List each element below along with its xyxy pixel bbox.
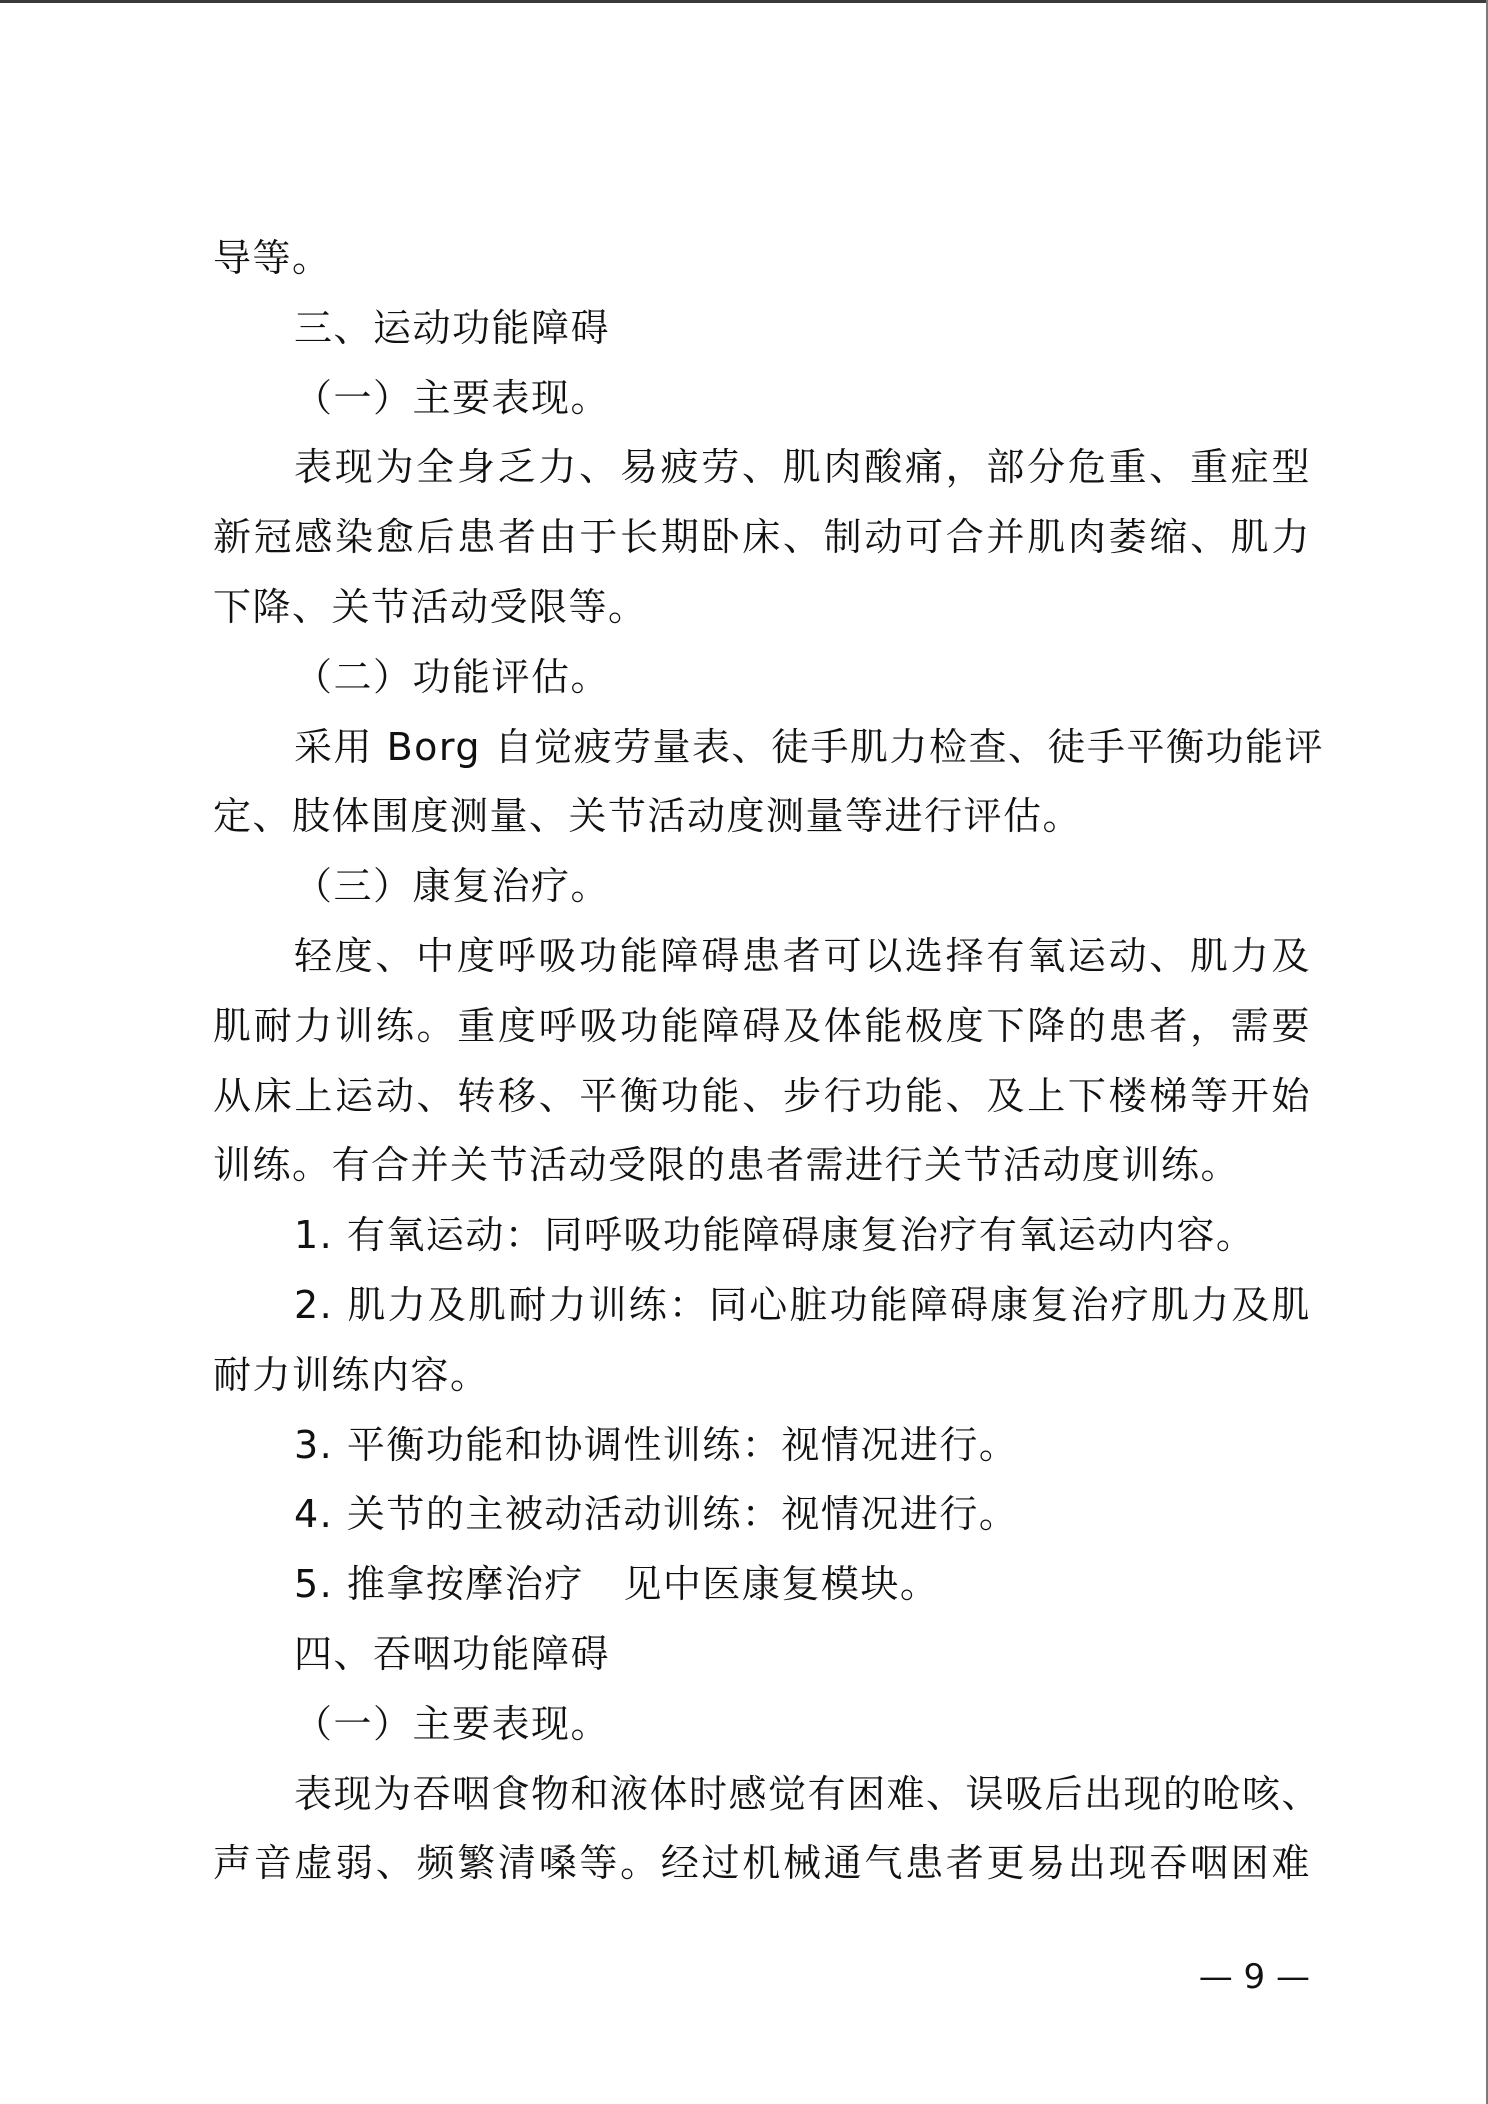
subheading-rehab-treatment: （三）康复治疗。 [213, 852, 1311, 922]
paragraph-line: 训练。有合并关节活动受限的患者需进行关节活动度训练。 [213, 1131, 1311, 1201]
text-line-continuation: 导等。 [213, 224, 1311, 294]
paragraph-line: 肌耐力训练。重度呼吸功能障碍及体能极度下降的患者，需要 [213, 992, 1311, 1062]
paragraph-line: 采用 Borg 自觉疲劳量表、徒手肌力检查、徒手平衡功能评 [213, 713, 1311, 783]
subheading-main-manifestations: （一）主要表现。 [213, 1690, 1311, 1760]
paragraph-line: 表现为全身乏力、易疲劳、肌肉酸痛，部分危重、重症型 [213, 433, 1311, 503]
paragraph-line: 耐力训练内容。 [213, 1341, 1311, 1411]
paragraph-line: 轻度、中度呼吸功能障碍患者可以选择有氧运动、肌力及 [213, 922, 1311, 992]
section-heading-motor-dysfunction: 三、运动功能障碍 [213, 294, 1311, 364]
section-heading-swallowing-dysfunction: 四、吞咽功能障碍 [213, 1620, 1311, 1690]
paragraph-line: 下降、关节活动受限等。 [213, 573, 1311, 643]
subheading-main-manifestations: （一）主要表现。 [213, 364, 1311, 434]
paragraph-line: 表现为吞咽食物和液体时感觉有困难、误吸后出现的呛咳、 [213, 1760, 1311, 1830]
paragraph-line: 定、肢体围度测量、关节活动度测量等进行评估。 [213, 782, 1311, 852]
paragraph-line: 新冠感染愈后患者由于长期卧床、制动可合并肌肉萎缩、肌力 [213, 503, 1311, 573]
paragraph-line: 从床上运动、转移、平衡功能、步行功能、及上下楼梯等开始 [213, 1062, 1311, 1132]
subheading-function-assessment: （二）功能评估。 [213, 643, 1311, 713]
page-number: — 9 — [1190, 1952, 1310, 2002]
list-item-massage-therapy: 5. 推拿按摩治疗 见中医康复模块。 [213, 1550, 1311, 1620]
list-item-balance-training: 3. 平衡功能和协调性训练：视情况进行。 [213, 1411, 1311, 1481]
paragraph-line: 声音虚弱、频繁清嗓等。经过机械通气患者更易出现吞咽困难 [213, 1829, 1311, 1899]
document-body: 导等。 三、运动功能障碍 （一）主要表现。 表现为全身乏力、易疲劳、肌肉酸痛，部… [213, 224, 1311, 1899]
list-item-strength-training: 2. 肌力及肌耐力训练：同心脏功能障碍康复治疗肌力及肌 [213, 1271, 1311, 1341]
page-top-border [0, 0, 1488, 3]
list-item-joint-training: 4. 关节的主被动活动训练：视情况进行。 [213, 1480, 1311, 1550]
list-item-aerobic-exercise: 1. 有氧运动：同呼吸功能障碍康复治疗有氧运动内容。 [213, 1201, 1311, 1271]
